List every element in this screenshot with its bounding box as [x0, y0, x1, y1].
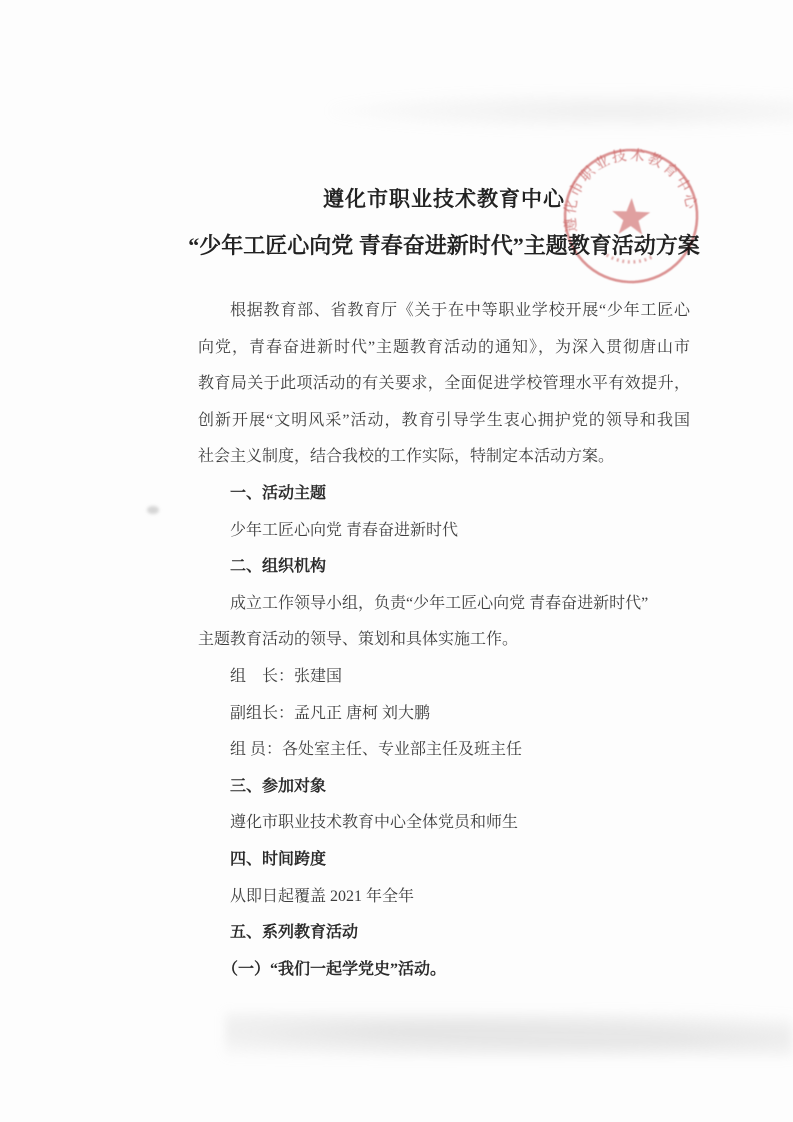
section-heading: 三、参加对象 [198, 769, 690, 806]
section-heading: 一、活动主题 [198, 476, 690, 513]
section-heading: 二、组织机构 [198, 549, 690, 586]
seal-star-icon [611, 197, 650, 235]
text-line: 向党，青春奋进新时代”主题教育活动的通知》，为深入贯彻唐山市 [198, 330, 690, 367]
text-line: 少年工匠心向党 青春奋进新时代 [198, 513, 690, 550]
text-line: 社会主义制度，结合我校的工作实际，特制定本活动方案。 [198, 439, 690, 476]
section-heading: 五、系列教育活动 [198, 915, 690, 952]
seal-bottom-marks [606, 255, 652, 263]
section-heading: （一）“我们一起学党史”活动。 [198, 952, 690, 989]
document-lines: 根据教育部、省教育厅《关于在中等职业学校开展“少年工匠心向党，青春奋进新时代”主… [198, 293, 690, 988]
official-seal: 遵化市职业技术教育中心 [553, 141, 708, 294]
scanned-document-page: 遵化市职业技术教育中心 “少年工匠心向党 青春奋进新时代”主题教育活动方案 根据… [0, 0, 793, 1122]
text-line: 教育局关于此项活动的有关要求，全面促进学校管理水平有效提升， [198, 366, 690, 403]
text-line: 组 员：各处室主任、专业部主任及班主任 [198, 732, 690, 769]
text-line: 组 长：张建国 [198, 659, 690, 696]
section-heading: 四、时间跨度 [198, 842, 690, 879]
text-line: 从即日起覆盖 2021 年全年 [198, 879, 690, 916]
scan-artifact-top [330, 92, 793, 130]
text-line: 创新开展“文明风采”活动，教育引导学生衷心拥护党的领导和我国 [198, 403, 690, 440]
scan-artifact-bottom [225, 1012, 793, 1058]
scan-artifact-dot [147, 506, 159, 514]
text-line: 主题教育活动的领导、策划和具体实施工作。 [198, 622, 690, 659]
text-line: 副组长：孟凡正 唐柯 刘大鹏 [198, 696, 690, 733]
text-line: 遵化市职业技术教育中心全体党员和师生 [198, 805, 690, 842]
text-line: 成立工作领导小组，负责“少年工匠心向党 青春奋进新时代” [198, 586, 690, 623]
text-line: 根据教育部、省教育厅《关于在中等职业学校开展“少年工匠心 [198, 293, 690, 330]
